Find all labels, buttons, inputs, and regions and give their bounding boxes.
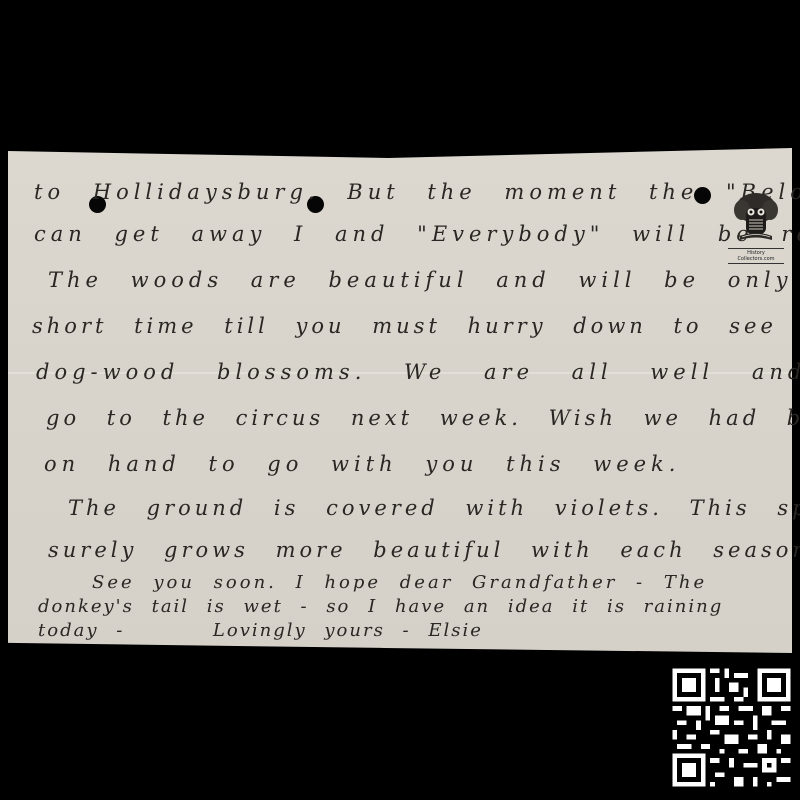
- letter-line-8: The ground is covered with violets. This…: [68, 496, 800, 520]
- letter-closing-signature: today - Lovingly yours - Elsie: [38, 620, 483, 641]
- letter-line-10: See you soon. I hope dear Grandfather - …: [92, 572, 707, 593]
- owl-on-book-icon: [734, 190, 778, 244]
- qr-code-icon[interactable]: [663, 655, 800, 800]
- watermark-logo: History Collectors.com: [728, 190, 784, 272]
- letter-line-4: short time till you must hurry down to s…: [32, 314, 800, 338]
- letter-line-2: can get away I and "Everybody" will be r…: [34, 222, 800, 246]
- letter-line-3: The woods are beautiful and will be only…: [48, 268, 800, 292]
- letter-line-9: surely grows more beautiful with each se…: [48, 538, 800, 562]
- letter-line-6: go to the circus next week. Wish we had …: [46, 406, 800, 430]
- letter-line-5: dog-wood blossoms. We are all well and: [36, 360, 800, 384]
- letter-line-7: on hand to go with you this week.: [44, 452, 680, 476]
- letter-line-11: donkey's tail is wet - so I have an idea…: [38, 596, 723, 617]
- letter-line-1: to Hollidaysburg. But the moment the "Be…: [34, 180, 800, 204]
- watermark-text: History Collectors.com: [728, 248, 784, 264]
